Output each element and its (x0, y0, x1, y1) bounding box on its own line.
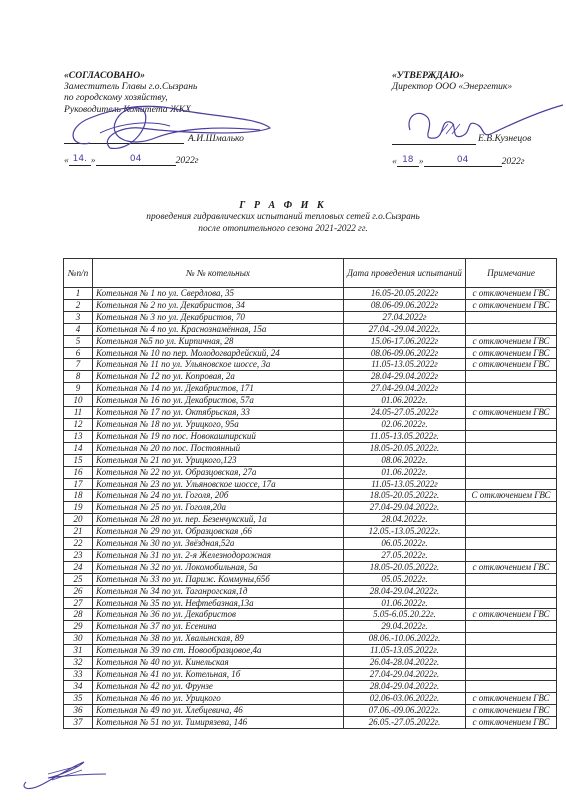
document-heading: Г Р А Ф И К проведения гидравлических ис… (0, 200, 566, 235)
approval-date: « 18 » 04 2022г (392, 155, 531, 167)
note-cell: с отключением ГВС (466, 407, 557, 419)
table-row: 24Котельная № 32 по ул. Локомобильная, 5… (64, 561, 557, 573)
note-cell (466, 502, 557, 514)
test-date-cell: 02.06.2022г. (344, 418, 466, 430)
boiler-name-cell: Котельная № 32 по ул. Локомобильная, 5а (93, 561, 344, 573)
table-row: 37Котельная № 51 по ул. Тимирязева, 1462… (64, 716, 557, 728)
test-date-cell: 18.05-20.05.2022г. (344, 561, 466, 573)
note-cell (466, 418, 557, 430)
table-row: 36Котельная № 49 по ул. Хлебцевича, 4607… (64, 704, 557, 716)
table-row: 1Котельная № 1 по ул. Свердлова, 3516.05… (64, 288, 557, 300)
boiler-name-cell: Котельная № 46 по ул. Урицкого (93, 692, 344, 704)
note-cell (466, 621, 557, 633)
table-row: 25Котельная № 33 по ул. Париж. Коммуны,6… (64, 573, 557, 585)
table-row: 15Котельная № 21 по ул. Урицкого,12308.0… (64, 454, 557, 466)
boiler-name-cell: Котельная № 29 по ул. Образцовская ,66 (93, 526, 344, 538)
test-date-cell: 01.06.2022г. (344, 395, 466, 407)
note-cell: с отключением ГВС (466, 716, 557, 728)
boiler-name-cell: Котельная № 11 по ул. Ульяновское шоссе,… (93, 359, 344, 371)
test-date-cell: 05.05.2022г. (344, 573, 466, 585)
row-number-cell: 7 (64, 359, 93, 371)
note-cell (466, 669, 557, 681)
row-number-cell: 26 (64, 585, 93, 597)
row-number-cell: 37 (64, 716, 93, 728)
note-cell: с отключением ГВС (466, 299, 557, 311)
row-number-cell: 12 (64, 418, 93, 430)
boiler-name-cell: Котельная № 28 по ул. пер. Безенчукский,… (93, 514, 344, 526)
approval-title: «УТВЕРЖДАЮ» (392, 70, 531, 81)
row-number-cell: 18 (64, 490, 93, 502)
column-header-note: Примечание (466, 259, 557, 288)
note-cell: с отключением ГВС (466, 335, 557, 347)
test-date-cell: 27.04.-29.04.2022г. (344, 323, 466, 335)
table-row: 17Котельная № 23 по ул. Ульяновское шосс… (64, 478, 557, 490)
test-date-cell: 26.04-28.04.2022г. (344, 657, 466, 669)
table-row: 27Котельная № 35 по ул. Нефтебазная,13а0… (64, 597, 557, 609)
note-cell (466, 573, 557, 585)
boiler-name-cell: Котельная № 1 по ул. Свердлова, 35 (93, 288, 344, 300)
note-cell (466, 395, 557, 407)
date-day: 18 (397, 155, 419, 167)
boiler-name-cell: Котельная № 10 по пер. Молодогвардейский… (93, 347, 344, 359)
row-number-cell: 33 (64, 669, 93, 681)
row-number-cell: 11 (64, 407, 93, 419)
table-row: 34Котельная № 42 по ул. Фрунзе28.04-29.0… (64, 680, 557, 692)
note-cell (466, 466, 557, 478)
row-number-cell: 2 (64, 299, 93, 311)
schedule-table: №п/п № № котельных Дата проведения испыт… (63, 258, 557, 729)
note-cell (466, 514, 557, 526)
signature-scribble-right (400, 100, 566, 150)
document-title: Г Р А Ф И К (0, 200, 566, 211)
boiler-name-cell: Котельная № 22 по ул. Образцовская, 27а (93, 466, 344, 478)
approval-title: «СОГЛАСОВАНО» (64, 70, 244, 81)
boiler-name-cell: Котельная № 23 по ул. Ульяновское шоссе,… (93, 478, 344, 490)
boiler-name-cell: Котельная № 16 по ул. Декабристов, 57а (93, 395, 344, 407)
test-date-cell: 26.05.-27.05.2022г. (344, 716, 466, 728)
table-row: 6Котельная № 10 по пер. Молодогвардейски… (64, 347, 557, 359)
table-body: 1Котельная № 1 по ул. Свердлова, 3516.05… (64, 288, 557, 729)
row-number-cell: 35 (64, 692, 93, 704)
row-number-cell: 15 (64, 454, 93, 466)
note-cell (466, 585, 557, 597)
test-date-cell: 27.04-29.04.2022г. (344, 502, 466, 514)
note-cell: с отключением ГВС (466, 692, 557, 704)
note-cell (466, 478, 557, 490)
row-number-cell: 25 (64, 573, 93, 585)
test-date-cell: 27.05.2022г. (344, 549, 466, 561)
row-number-cell: 9 (64, 383, 93, 395)
boiler-name-cell: Котельная № 51 по ул. Тимирязева, 146 (93, 716, 344, 728)
table-row: 7Котельная № 11 по ул. Ульяновское шоссе… (64, 359, 557, 371)
test-date-cell: 28.04-29.04.2022г. (344, 585, 466, 597)
row-number-cell: 36 (64, 704, 93, 716)
test-date-cell: 11.05-13.05.2022г. (344, 430, 466, 442)
test-date-cell: 27.04-29.04.2022г (344, 383, 466, 395)
row-number-cell: 21 (64, 526, 93, 538)
boiler-name-cell: Котельная № 42 по ул. Фрунзе (93, 680, 344, 692)
note-cell (466, 597, 557, 609)
row-number-cell: 29 (64, 621, 93, 633)
row-number-cell: 34 (64, 680, 93, 692)
table-row: 20Котельная № 28 по ул. пер. Безенчукски… (64, 514, 557, 526)
table-row: 5Котельная №5 по ул. Кирпичная, 2815.06-… (64, 335, 557, 347)
test-date-cell: 11.05-13.05.2022г (344, 359, 466, 371)
test-date-cell: 06.05.2022г. (344, 538, 466, 550)
boiler-name-cell: Котельная № 38 по ул. Хвалынская, 89 (93, 633, 344, 645)
row-number-cell: 31 (64, 645, 93, 657)
table-row: 33Котельная № 41 по ул. Котельная, 1б27.… (64, 669, 557, 681)
column-header-number: №п/п (64, 259, 93, 288)
row-number-cell: 13 (64, 430, 93, 442)
table-row: 18Котельная № 24 по ул. Гоголя, 20б18.05… (64, 490, 557, 502)
row-number-cell: 16 (64, 466, 93, 478)
table-row: 21Котельная № 29 по ул. Образцовская ,66… (64, 526, 557, 538)
note-cell: с отключением ГВС (466, 704, 557, 716)
table-row: 14Котельная № 20 по пос. Постоянный18.05… (64, 442, 557, 454)
boiler-name-cell: Котельная № 31 по ул. 2-я Железнодорожна… (93, 549, 344, 561)
test-date-cell: 11.05-13.05.2022г (344, 478, 466, 490)
note-cell (466, 680, 557, 692)
boiler-name-cell: Котельная № 21 по ул. Урицкого,123 (93, 454, 344, 466)
note-cell (466, 454, 557, 466)
boiler-name-cell: Котельная № 49 по ул. Хлебцевича, 46 (93, 704, 344, 716)
boiler-name-cell: Котельная № 36 по ул. Декабристов (93, 609, 344, 621)
boiler-name-cell: Котельная № 40 по ул. Кинельская (93, 657, 344, 669)
test-date-cell: 08.06.-10.06.2022г. (344, 633, 466, 645)
test-date-cell: 28.04-29.04.2022г (344, 371, 466, 383)
note-cell: с отключением ГВС (466, 347, 557, 359)
boiler-name-cell: Котельная № 25 по ул. Гоголя,20а (93, 502, 344, 514)
test-date-cell: 15.06-17.06.2022г (344, 335, 466, 347)
test-date-cell: 07.06.-09.06.2022г. (344, 704, 466, 716)
row-number-cell: 32 (64, 657, 93, 669)
note-cell (466, 311, 557, 323)
row-number-cell: 27 (64, 597, 93, 609)
test-date-cell: 01.06.2022г. (344, 597, 466, 609)
test-date-cell: 08.06-09.06.2022г (344, 299, 466, 311)
note-cell (466, 383, 557, 395)
signature-scribble-left (60, 88, 280, 158)
test-date-cell: 08.06.2022г. (344, 454, 466, 466)
note-cell: С отключением ГВС (466, 490, 557, 502)
test-date-cell: 16.05-20.05.2022г (344, 288, 466, 300)
test-date-cell: 18.05-20.05.2022г. (344, 490, 466, 502)
table-row: 8Котельная № 12 по ул. Копровая, 2а28.04… (64, 371, 557, 383)
table-row: 32Котельная № 40 по ул. Кинельская26.04-… (64, 657, 557, 669)
table-row: 12Котельная № 18 по ул. Урицкого, 95а02.… (64, 418, 557, 430)
boiler-name-cell: Котельная № 39 по ст. Новообразцовое,4а (93, 645, 344, 657)
note-cell: с отключением ГВС (466, 609, 557, 621)
date-year: 2022г (502, 156, 525, 167)
row-number-cell: 8 (64, 371, 93, 383)
approval-line: Директор ООО «Энергетик» (392, 81, 531, 92)
test-date-cell: 02.06-03.06.2022г. (344, 692, 466, 704)
row-number-cell: 30 (64, 633, 93, 645)
table-row: 2Котельная № 2 по ул. Декабристов, 3408.… (64, 299, 557, 311)
row-number-cell: 28 (64, 609, 93, 621)
row-number-cell: 17 (64, 478, 93, 490)
table-row: 28Котельная № 36 по ул. Декабристов5.05-… (64, 609, 557, 621)
note-cell (466, 657, 557, 669)
row-number-cell: 23 (64, 549, 93, 561)
row-number-cell: 5 (64, 335, 93, 347)
boiler-name-cell: Котельная №5 по ул. Кирпичная, 28 (93, 335, 344, 347)
footer-initials-scribble (18, 752, 108, 792)
table-row: 19Котельная № 25 по ул. Гоголя,20а27.04-… (64, 502, 557, 514)
note-cell (466, 323, 557, 335)
boiler-name-cell: Котельная № 34 по ул. Таганрогская,1д (93, 585, 344, 597)
row-number-cell: 3 (64, 311, 93, 323)
boiler-name-cell: Котельная № 20 по пос. Постоянный (93, 442, 344, 454)
table-row: 23Котельная № 31 по ул. 2-я Железнодорож… (64, 549, 557, 561)
boiler-name-cell: Котельная № 3 по ул. Декабристов, 70 (93, 311, 344, 323)
boiler-name-cell: Котельная № 14 по ул. Декабристов, 171 (93, 383, 344, 395)
row-number-cell: 19 (64, 502, 93, 514)
note-cell (466, 538, 557, 550)
note-cell (466, 526, 557, 538)
table-row: 3Котельная № 3 по ул. Декабристов, 7027.… (64, 311, 557, 323)
note-cell: с отключением ГВС (466, 288, 557, 300)
note-cell (466, 633, 557, 645)
test-date-cell: 27.04.2022г (344, 311, 466, 323)
boiler-name-cell: Котельная № 19 по пос. Новокашпирский (93, 430, 344, 442)
row-number-cell: 4 (64, 323, 93, 335)
row-number-cell: 1 (64, 288, 93, 300)
table-row: 10Котельная № 16 по ул. Декабристов, 57а… (64, 395, 557, 407)
column-header-boiler: № № котельных (93, 259, 344, 288)
row-number-cell: 6 (64, 347, 93, 359)
test-date-cell: 18.05-20.05.2022г. (344, 442, 466, 454)
boiler-name-cell: Котельная № 37 по ул. Есенина (93, 621, 344, 633)
test-date-cell: 28.04.2022г. (344, 514, 466, 526)
table-row: 26Котельная № 34 по ул. Таганрогская,1д2… (64, 585, 557, 597)
test-date-cell: 11.05-13.05.2022г. (344, 645, 466, 657)
test-date-cell: 08.06-09.06.2022г (344, 347, 466, 359)
table-row: 30Котельная № 38 по ул. Хвалынская, 8908… (64, 633, 557, 645)
table-row: 22Котельная № 30 по ул. Звёздная,52а06.0… (64, 538, 557, 550)
test-date-cell: 27.04-29.04.2022г. (344, 669, 466, 681)
note-cell (466, 645, 557, 657)
document-subtitle: проведения гидравлических испытаний тепл… (0, 211, 566, 223)
boiler-name-cell: Котельная № 24 по ул. Гоголя, 20б (93, 490, 344, 502)
table-row: 31Котельная № 39 по ст. Новообразцовое,4… (64, 645, 557, 657)
document-subtitle-season: после отопительного сезона 2021-2022 гг. (0, 223, 566, 235)
boiler-name-cell: Котельная № 33 по ул. Париж. Коммуны,65б (93, 573, 344, 585)
test-date-cell: 29.04.2022г. (344, 621, 466, 633)
note-cell (466, 430, 557, 442)
table-row: 13Котельная № 19 по пос. Новокашпирский1… (64, 430, 557, 442)
note-cell (466, 442, 557, 454)
boiler-name-cell: Котельная № 4 по ул. Краснознамённая, 15… (93, 323, 344, 335)
boiler-name-cell: Котельная № 30 по ул. Звёздная,52а (93, 538, 344, 550)
note-cell: с отключением ГВС (466, 561, 557, 573)
note-cell (466, 371, 557, 383)
boiler-name-cell: Котельная № 41 по ул. Котельная, 1б (93, 669, 344, 681)
test-date-cell: 24.05-27.05.2022г (344, 407, 466, 419)
test-date-cell: 5.05-6.05.20.22г. (344, 609, 466, 621)
row-number-cell: 10 (64, 395, 93, 407)
boiler-name-cell: Котельная № 17 по ул. Октябрьская, 33 (93, 407, 344, 419)
boiler-name-cell: Котельная № 18 по ул. Урицкого, 95а (93, 418, 344, 430)
boiler-name-cell: Котельная № 35 по ул. Нефтебазная,13а (93, 597, 344, 609)
row-number-cell: 24 (64, 561, 93, 573)
column-header-date: Дата проведения испытаний (344, 259, 466, 288)
test-date-cell: 01.06.2022г. (344, 466, 466, 478)
table-row: 35Котельная № 46 по ул. Урицкого02.06-03… (64, 692, 557, 704)
table-row: 4Котельная № 4 по ул. Краснознамённая, 1… (64, 323, 557, 335)
test-date-cell: 28.04-29.04.2022г. (344, 680, 466, 692)
row-number-cell: 20 (64, 514, 93, 526)
table-row: 29Котельная № 37 по ул. Есенина29.04.202… (64, 621, 557, 633)
table-row: 9Котельная № 14 по ул. Декабристов, 1712… (64, 383, 557, 395)
note-cell: с отключением ГВС (466, 359, 557, 371)
row-number-cell: 22 (64, 538, 93, 550)
date-month: 04 (424, 155, 502, 167)
note-cell (466, 549, 557, 561)
table-row: 16Котельная № 22 по ул. Образцовская, 27… (64, 466, 557, 478)
boiler-name-cell: Котельная № 12 по ул. Копровая, 2а (93, 371, 344, 383)
row-number-cell: 14 (64, 442, 93, 454)
table-header-row: №п/п № № котельных Дата проведения испыт… (64, 259, 557, 288)
table-row: 11Котельная № 17 по ул. Октябрьская, 332… (64, 407, 557, 419)
boiler-name-cell: Котельная № 2 по ул. Декабристов, 34 (93, 299, 344, 311)
test-date-cell: 12.05.-13.05.2022г. (344, 526, 466, 538)
